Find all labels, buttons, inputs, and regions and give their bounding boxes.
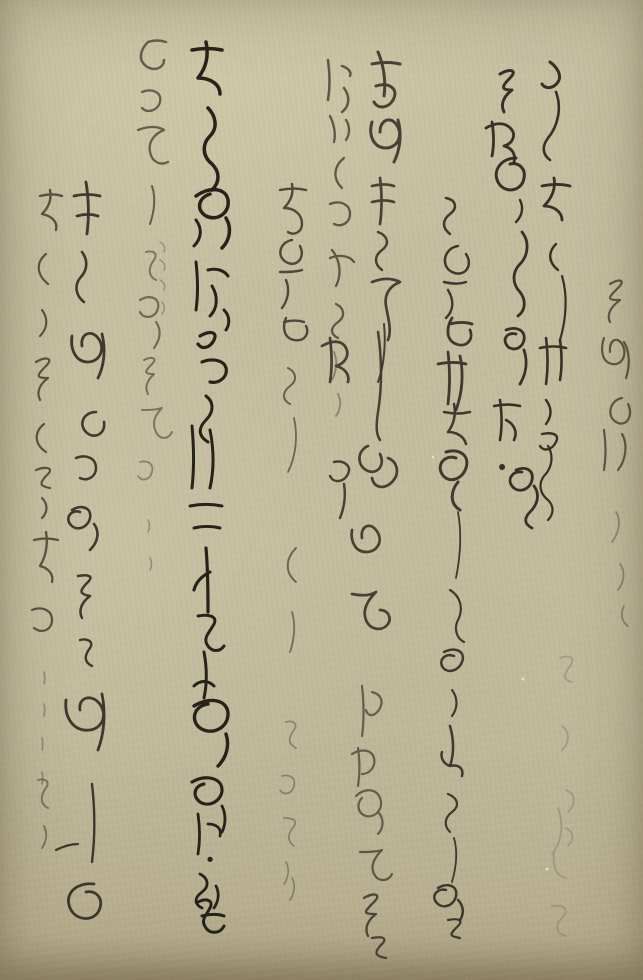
photo-vignette <box>0 0 643 980</box>
manuscript-photo: Classical Japanese calligraphy manuscrip… <box>0 0 643 980</box>
